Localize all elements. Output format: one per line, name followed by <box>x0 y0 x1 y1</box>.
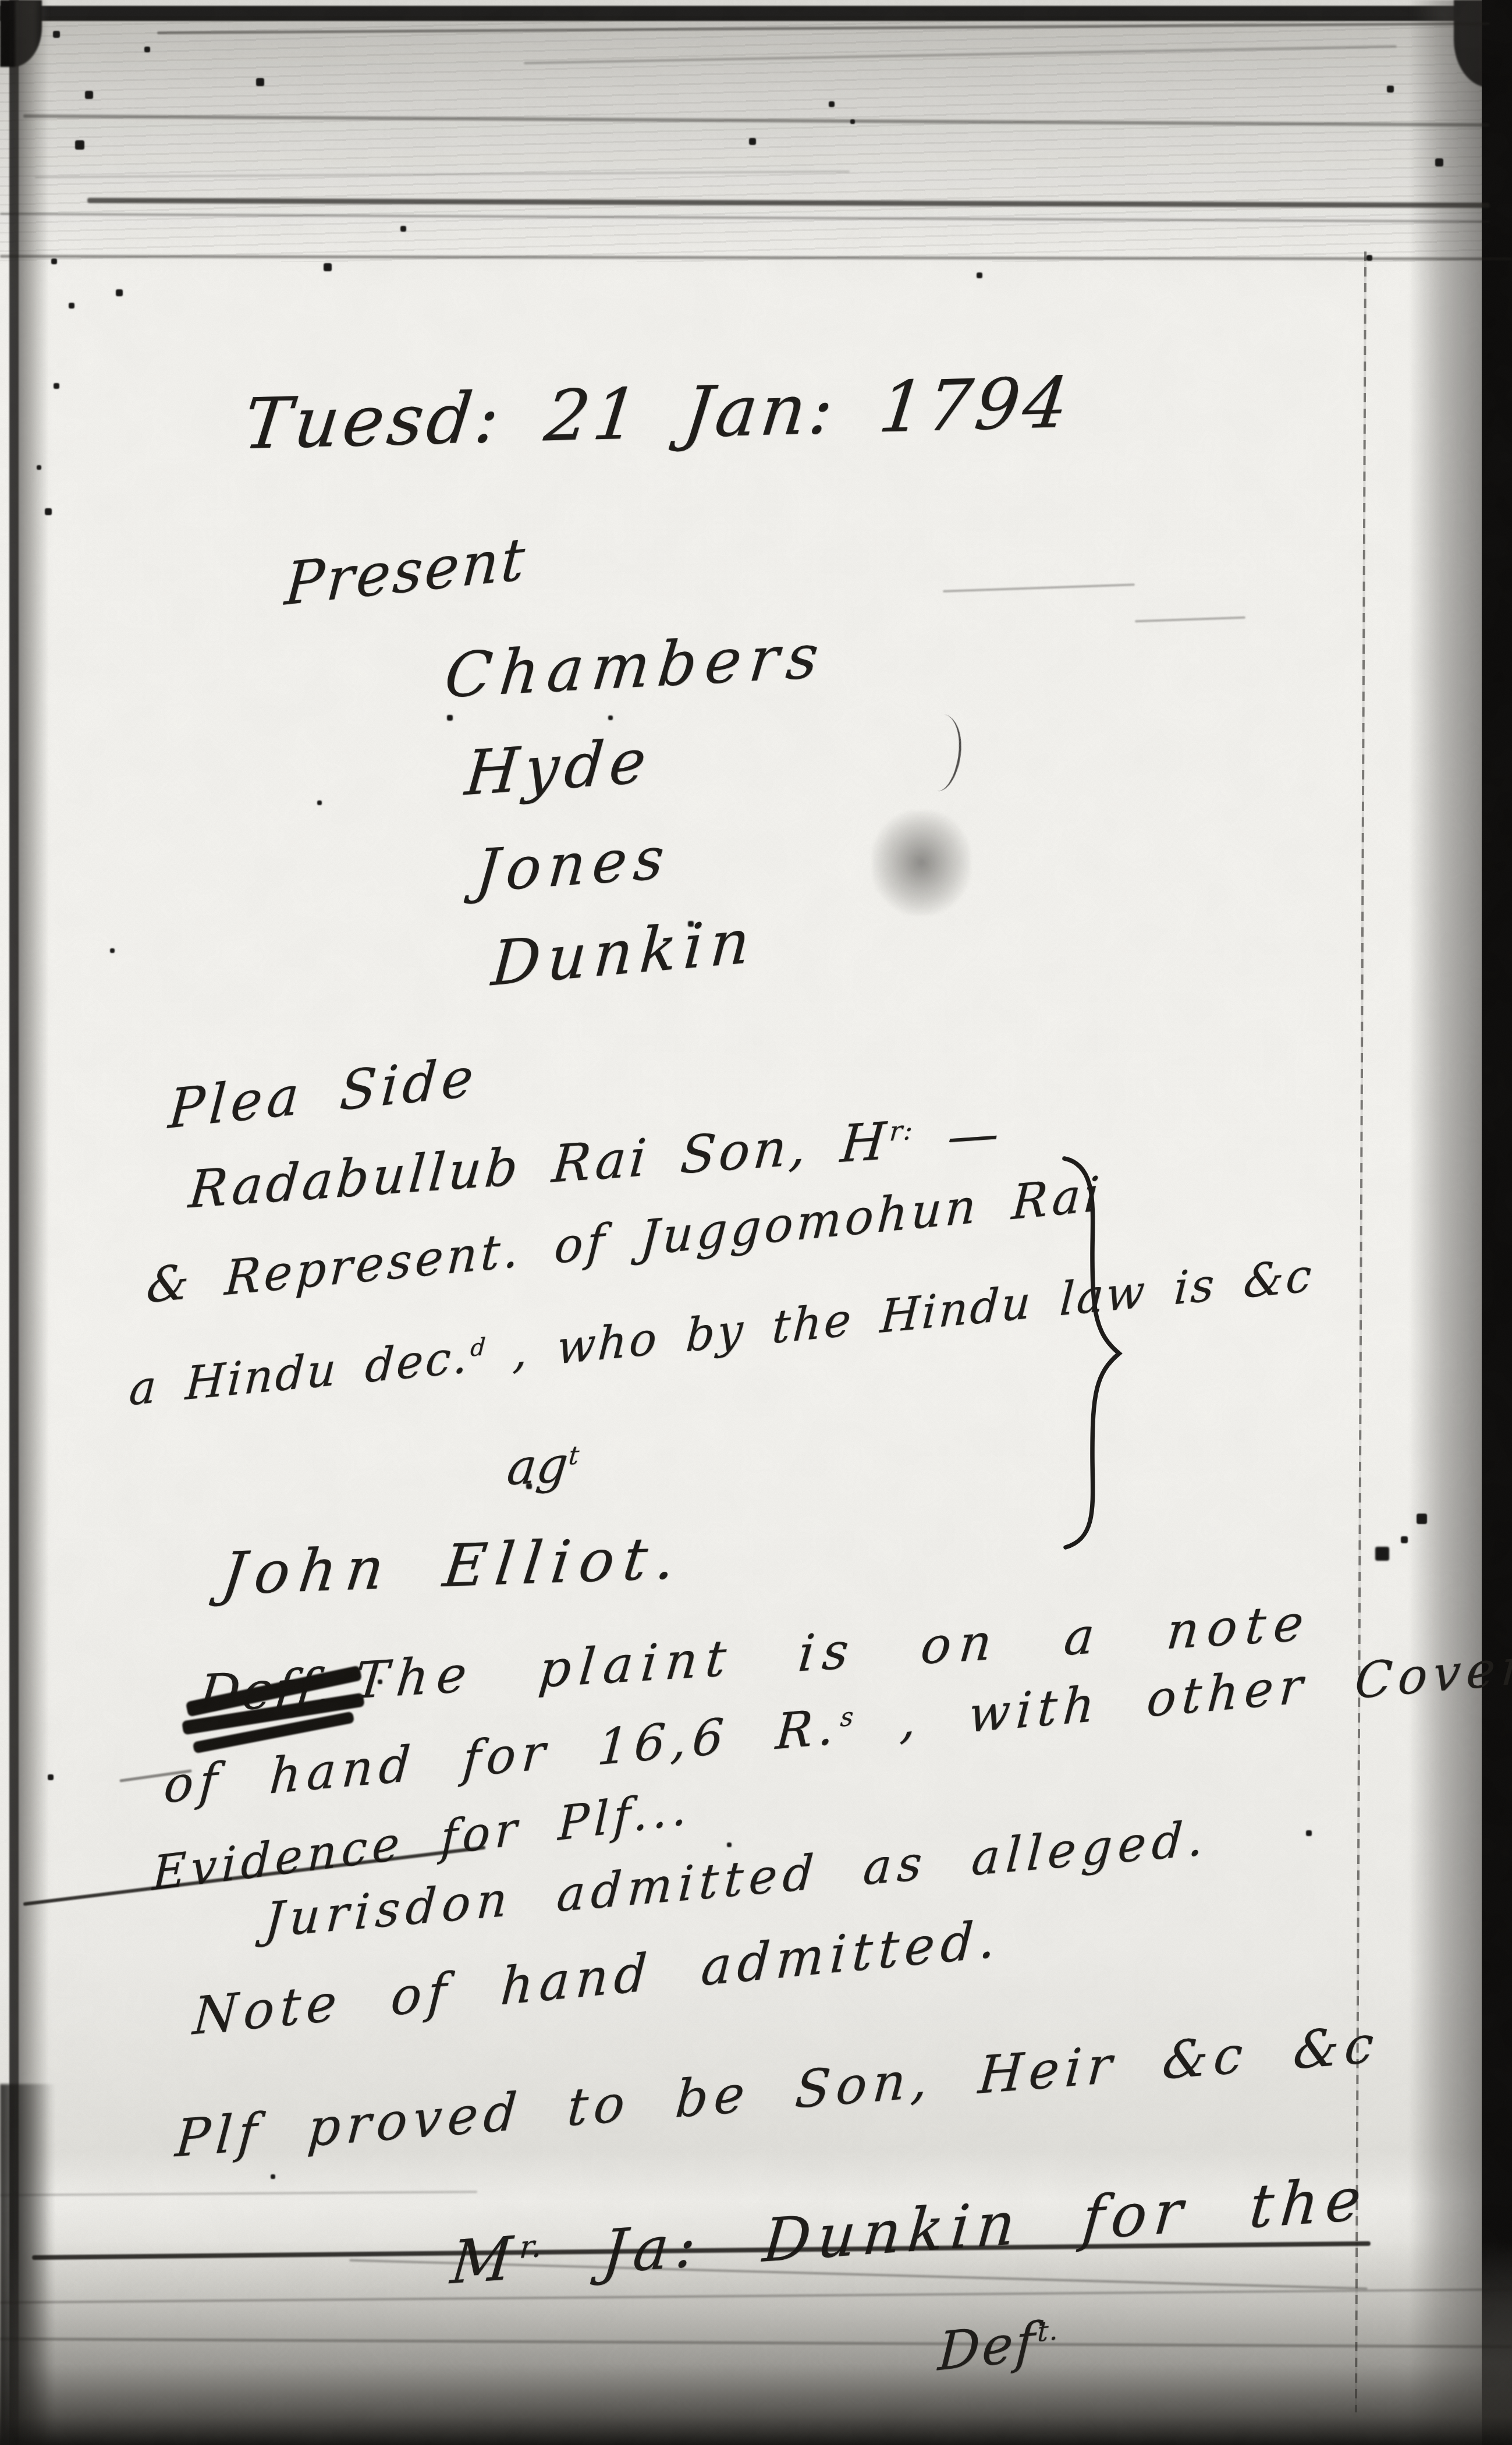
ink-spots <box>0 0 1 1</box>
judge-name-jones: Jones <box>473 823 674 905</box>
case-defendant: John Elliot. <box>218 1523 688 1608</box>
case-against-text: ag <box>505 1436 571 1496</box>
page-corner-bottom-left <box>0 2084 55 2445</box>
entry-counsel-superscript: r. <box>518 2228 545 2266</box>
entry-counsel-rest: Ja: Dunkin for the <box>539 2164 1371 2291</box>
page-edge-top <box>0 6 1512 21</box>
scuff-line <box>1135 616 1245 623</box>
scuff-line <box>0 2191 477 2196</box>
scuff-line <box>0 212 1490 222</box>
scuff-line <box>524 45 1397 65</box>
top-scuff-texture <box>0 17 1512 262</box>
case-plaintiff-line3-text: a Hindu dec. <box>127 1330 471 1416</box>
page-edge-right-gray-band <box>1408 0 1484 2445</box>
date-heading: Tuesd: 21 Jan: 1794 <box>240 363 1076 466</box>
scuff-line <box>0 2288 1512 2304</box>
side-label: Plea Side <box>166 1046 480 1141</box>
scuff-line <box>0 2337 1512 2348</box>
scuff-line <box>0 255 1512 261</box>
scuff-line <box>35 171 850 178</box>
case-against: agt <box>505 1435 583 1496</box>
page-edge-left-smudge-band <box>15 0 49 2445</box>
entry-counsel-line2-superscript: t. <box>1037 2315 1060 2349</box>
judge-name-text: Hyde <box>463 725 655 809</box>
entry-counsel: Mr. Ja: Dunkin for the <box>448 2164 1371 2298</box>
ink-smudge-blob <box>872 810 971 915</box>
judge-name-text: Jones <box>473 823 674 905</box>
judge-name-hyde: Hyde <box>463 725 655 809</box>
case-defendant-text: John Elliot. <box>218 1523 688 1608</box>
judge-name-text: Dunkin <box>489 905 759 1000</box>
side-label-text: Plea Side <box>166 1046 480 1141</box>
page-edge-right-black <box>1482 0 1512 2445</box>
stray-pen-squiggle <box>922 713 967 793</box>
entry-plf-proved-text: Plf proved to be Son, Heir &c &c <box>173 2014 1382 2169</box>
page-corner-top-left <box>0 0 42 67</box>
present-label-text: Present <box>283 525 529 619</box>
date-heading-text: Tuesd: 21 Jan: 1794 <box>240 363 1076 466</box>
entry-counsel-line2: Deft. <box>936 2309 1060 2383</box>
ruled-margin-line <box>1355 251 1367 2412</box>
manuscript-page: Tuesd: 21 Jan: 1794 Present Chambers Hyd… <box>0 0 1512 2445</box>
page-edge-left-line <box>9 0 19 2445</box>
case-plaintiff-line1-dash: — <box>945 1103 1005 1167</box>
judge-name-dunkin: Dunkin <box>489 905 759 1000</box>
present-label: Present <box>283 525 529 619</box>
page-corner-top-right <box>1454 0 1512 87</box>
entry-plf-proved: Plf proved to be Son, Heir &c &c <box>173 2014 1382 2169</box>
scuff-line <box>87 198 1490 208</box>
entry-counsel-text: M <box>448 2223 522 2298</box>
scuff-line <box>23 114 1490 126</box>
scuff-line <box>157 22 1490 34</box>
judge-name-chambers: Chambers <box>442 620 830 711</box>
judge-name-text: Chambers <box>442 620 830 711</box>
entry-counsel-line2-text: Def <box>936 2311 1038 2383</box>
scuff-line <box>943 583 1135 593</box>
case-against-superscript: t <box>567 1440 582 1470</box>
case-plaintiff-line3-superscript: d <box>470 1333 488 1362</box>
case-plaintiff-line1-superscript: r: <box>888 1114 915 1147</box>
top-gray-wash <box>0 16 1512 272</box>
